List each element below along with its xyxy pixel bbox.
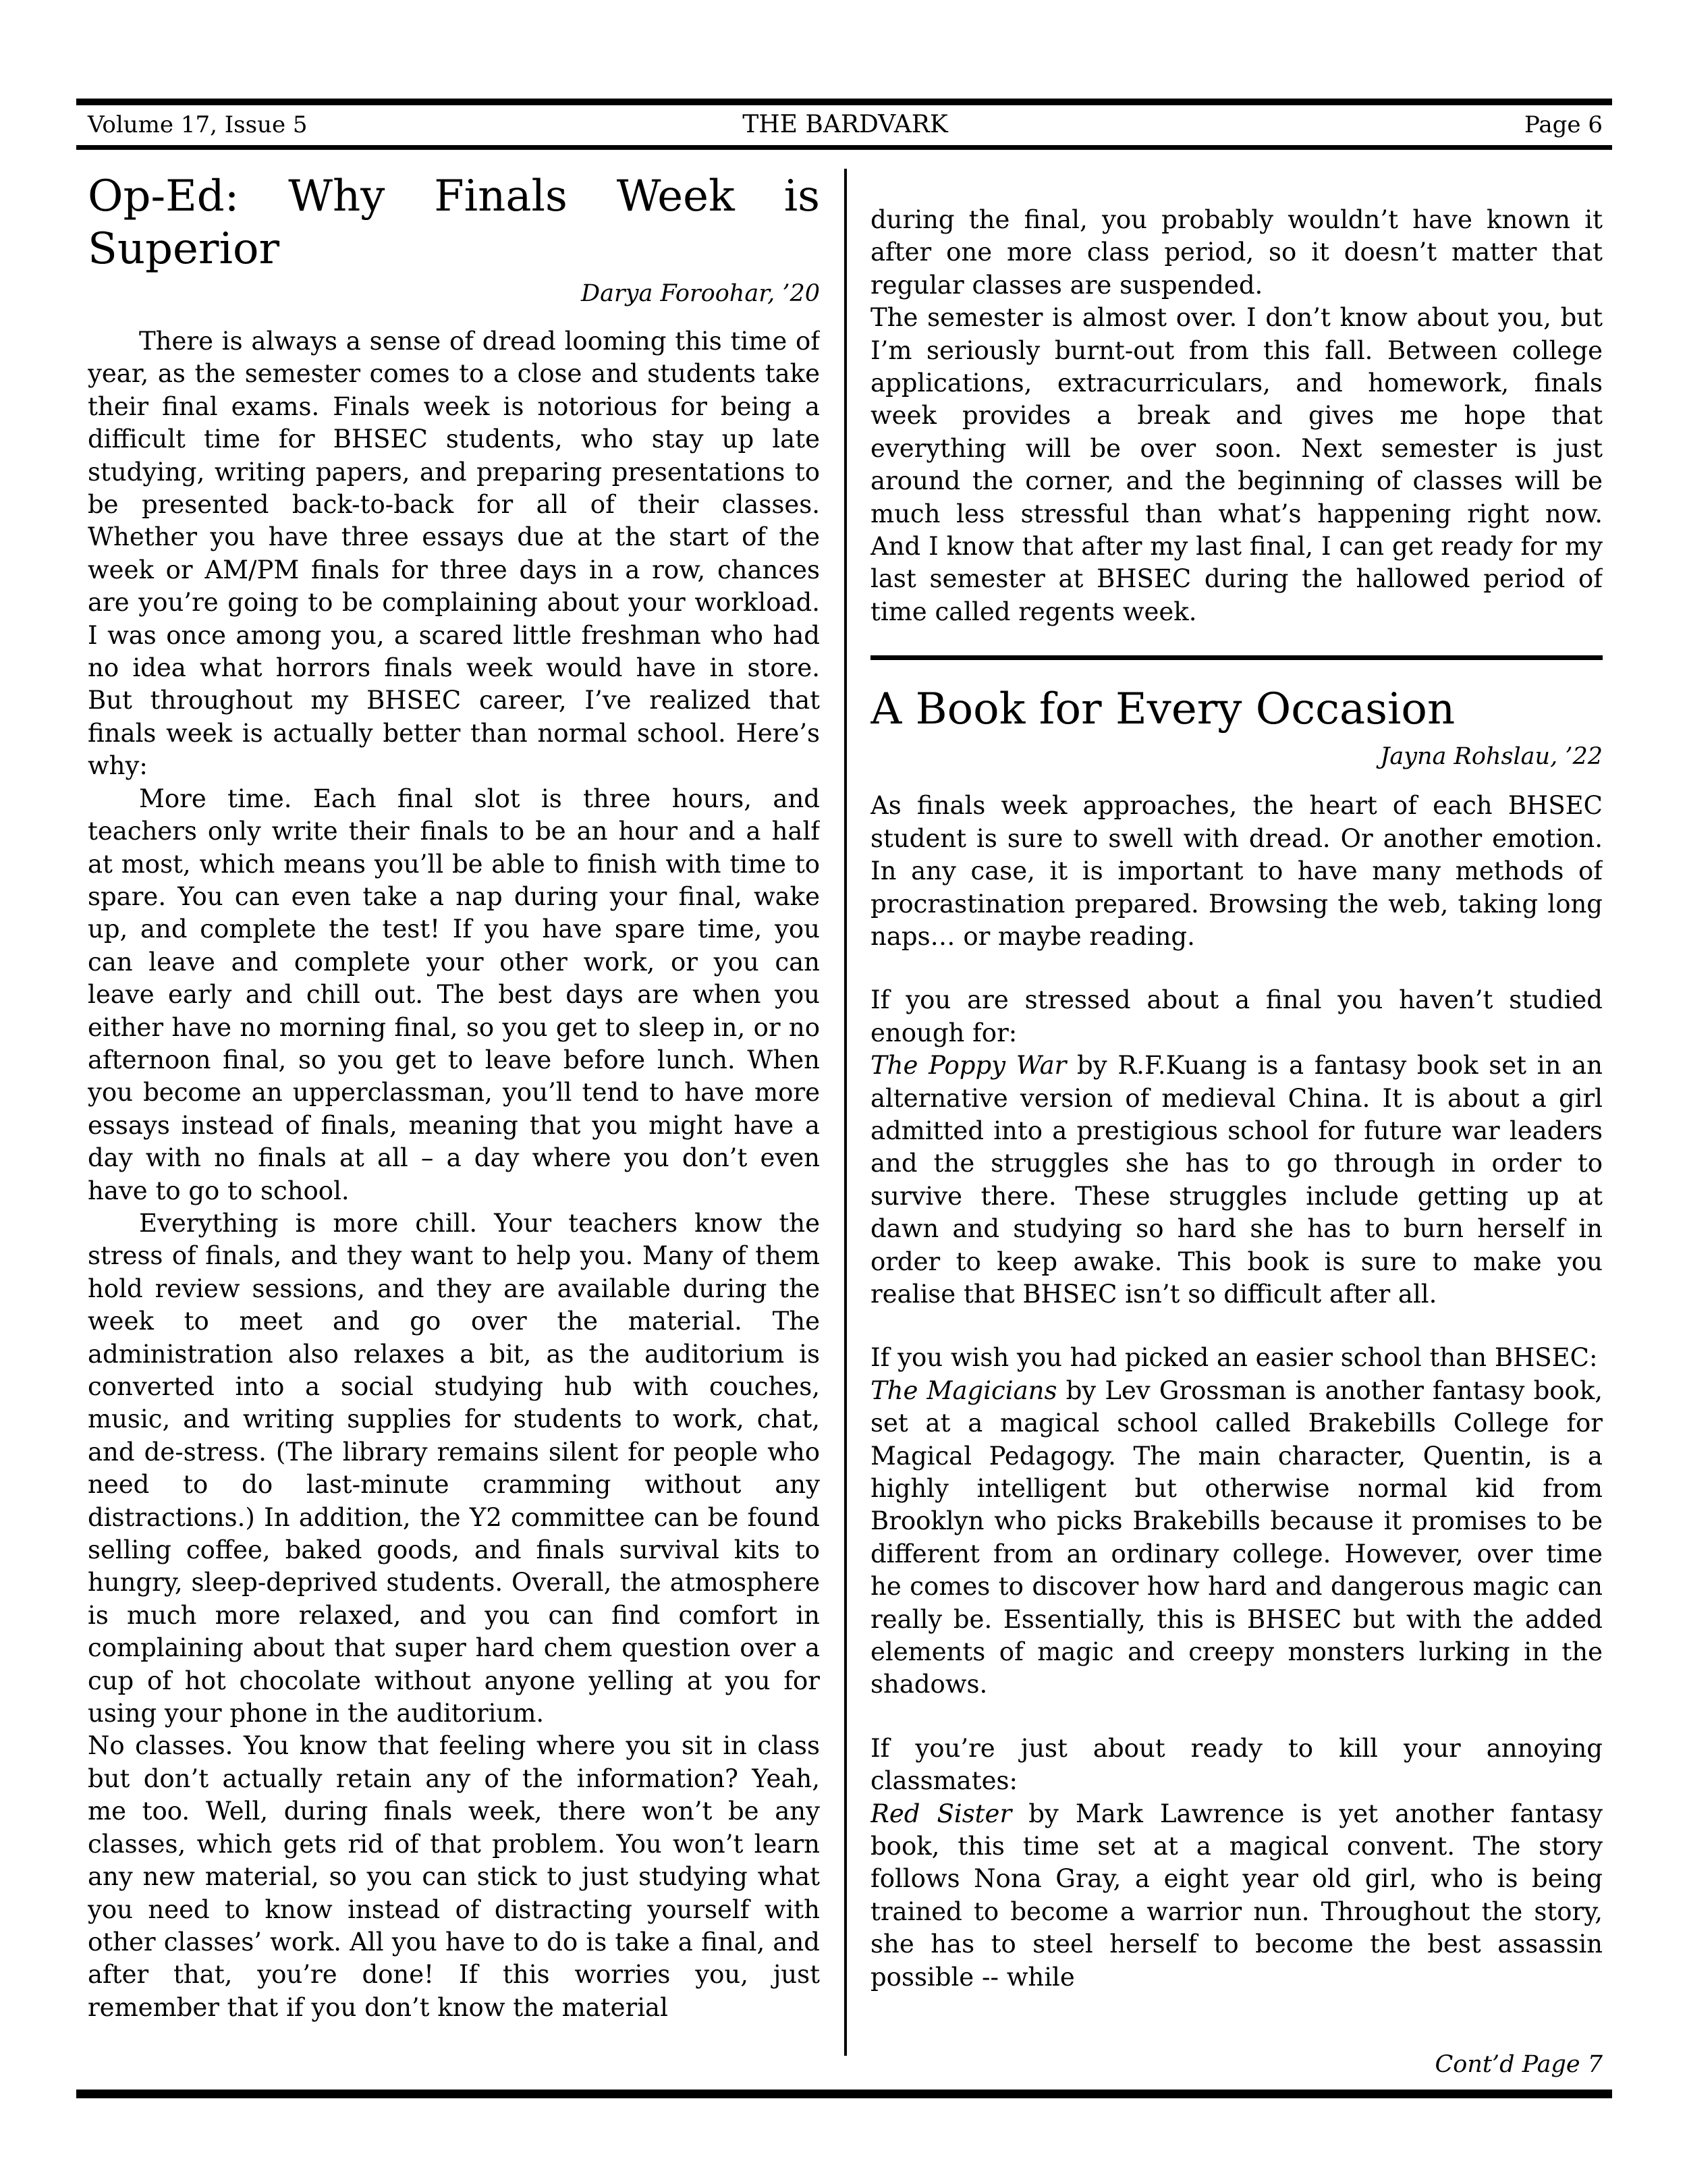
continued-note: Cont’d Page 7 <box>1435 2049 1603 2080</box>
op-ed-body: There is always a sense of dread looming… <box>88 325 820 2024</box>
left-column: Op-Ed: Why Finals Week is Superior Darya… <box>88 167 820 2057</box>
op-ed-headline-line2: Superior <box>88 223 820 275</box>
book-review: The Magicians by Lev Grossman is another… <box>870 1375 1603 1701</box>
bottom-rule <box>76 2090 1612 2098</box>
volume-issue: Volume 17, Issue 5 <box>88 109 533 140</box>
book-title: Red Sister <box>870 1799 1012 1828</box>
masthead: THE BARDVARK <box>533 109 1157 140</box>
article-separator-rule <box>870 655 1603 660</box>
paragraph-gap <box>870 953 1603 984</box>
op-ed-byline: Darya Foroohar, ’20 <box>88 278 820 309</box>
book-review: The Poppy War by R.F.Kuang is a fantasy … <box>870 1049 1603 1311</box>
book-sections: If you are stressed about a final you ha… <box>870 953 1603 1994</box>
book-prompt: If you are stressed about a final you ha… <box>870 984 1603 1049</box>
op-ed-paragraph: No classes. You know that feeling where … <box>88 1730 820 2024</box>
op-ed-paragraph: More time. Each final slot is three hour… <box>88 783 820 1207</box>
page-number: Page 6 <box>1157 109 1603 140</box>
right-column: during the final, you probably wouldn’t … <box>870 167 1603 2052</box>
op-ed-headline-line1: Op-Ed: Why Finals Week is <box>88 170 820 223</box>
header-rule <box>76 145 1612 150</box>
op-ed-paragraph: There is always a sense of dread looming… <box>88 325 820 783</box>
paragraph-gap <box>870 1701 1603 1732</box>
book-title: The Poppy War <box>870 1051 1066 1080</box>
page-header: Volume 17, Issue 5 THE BARDVARK Page 6 <box>88 109 1603 140</box>
book-title: The Magicians <box>870 1376 1057 1405</box>
book-prompt: If you wish you had picked an easier sch… <box>870 1342 1603 1374</box>
book-review: Red Sister by Mark Lawrence is yet anoth… <box>870 1798 1603 1994</box>
paragraph-gap <box>870 1311 1603 1342</box>
book-prompt: If you’re just about ready to kill your … <box>870 1732 1603 1798</box>
op-ed-continuation: during the final, you probably wouldn’t … <box>870 204 1603 628</box>
op-ed-continuation-paragraph: during the final, you probably wouldn’t … <box>870 204 1603 302</box>
op-ed-headline: Op-Ed: Why Finals Week is Superior <box>88 170 820 275</box>
book-intro: As finals week approaches, the heart of … <box>870 790 1603 953</box>
op-ed-paragraph: Everything is more chill. Your teachers … <box>88 1207 820 1730</box>
book-headline: A Book for Every Occasion <box>870 684 1603 734</box>
column-divider <box>844 169 847 2056</box>
top-rule <box>76 99 1612 105</box>
op-ed-continuation-paragraph: The semester is almost over. I don’t kno… <box>870 302 1603 628</box>
book-byline: Jayna Rohslau, ’22 <box>870 741 1603 772</box>
